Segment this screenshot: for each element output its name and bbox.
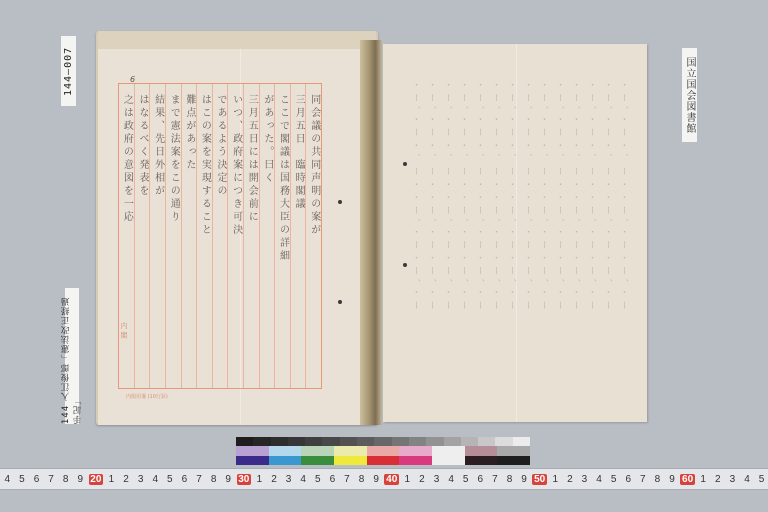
color-swatch (253, 437, 270, 446)
ruler-mark: 3 (725, 474, 740, 485)
ruler-mark: 4 (740, 474, 755, 485)
color-swatch (236, 446, 269, 455)
manuscript-column: いつ、政府案につき可決 (227, 84, 243, 388)
color-swatch (432, 456, 465, 465)
faint-column: ・ー、・ー・、ー・・ー、・ー・ー、・ー (554, 80, 566, 400)
ruler-mark: 1 (548, 474, 563, 485)
binding-hole (403, 263, 407, 267)
binding-hole (403, 162, 407, 166)
color-swatch (301, 446, 334, 455)
ruler-mark: 2 (267, 474, 282, 485)
ruler-mark: 4 (592, 474, 607, 485)
color-swatch (367, 456, 400, 465)
color-swatch (465, 456, 498, 465)
ruler-mark: 5 (15, 474, 30, 485)
faint-column: ・ー、・ー・、ー・・ー、・ー・ー、・ー (458, 80, 470, 400)
ruler-mark: 5 (606, 474, 621, 485)
handwritten-line: まで憲法案をこの通り (168, 94, 178, 224)
color-swatch (444, 437, 461, 446)
ruler-mark: 7 (340, 474, 355, 485)
tint-row (236, 446, 530, 455)
faint-column: ・ー、・ー・、ー・・ー、・ー・ー、・ー (506, 80, 518, 400)
solid-row (236, 456, 530, 465)
handwritten-line: 之は政府の意図を一応 (121, 94, 131, 224)
ruler-mark: 20 (89, 474, 104, 485)
color-swatch (399, 446, 432, 455)
ruler-mark: 40 (384, 474, 399, 485)
ruler-mark: 5 (310, 474, 325, 485)
faint-column: ・ー、・ー・、ー・・ー、・ー・ー、・ー (570, 80, 582, 400)
ruler-mark: 6 (621, 474, 636, 485)
color-swatch (236, 437, 253, 446)
manuscript-column: 三月五日 臨時閣議 (290, 84, 306, 388)
ruler-mark: 7 (488, 474, 503, 485)
color-swatch (301, 456, 334, 465)
color-swatch (334, 446, 367, 455)
color-swatch (305, 437, 322, 446)
color-swatch (374, 437, 391, 446)
ruler-mark: 8 (58, 474, 73, 485)
ruler-mark: 9 (369, 474, 384, 485)
color-swatch (288, 437, 305, 446)
color-calibration-chart (236, 437, 530, 465)
manuscript-column: はなるべく発表を (134, 84, 150, 388)
manuscript-column: 之は政府の意図を一応 (119, 84, 134, 388)
ruler-mark: 3 (429, 474, 444, 485)
grid-footer: 内閣用箋 (10行罫) (126, 393, 168, 400)
handwritten-line: 結果、先日外相が (153, 94, 163, 198)
ruler-mark: 5 (163, 474, 178, 485)
color-swatch (513, 437, 530, 446)
ruler-mark: 1 (400, 474, 415, 485)
manuscript-column: はこの案を実現すること (196, 84, 212, 388)
color-swatch (495, 437, 512, 446)
faint-column: ・ー、・ー・、ー・・ー、・ー・ー、・ー (602, 80, 614, 400)
faint-column: ・ー、・ー・、ー・・ー、・ー・ー、・ー (522, 80, 534, 400)
ruler-mark: 6 (473, 474, 488, 485)
faint-column: ・ー、・ー・、ー・・ー、・ー・ー、・ー (442, 80, 454, 400)
manuscript-column: であるよう決定の (212, 84, 228, 388)
color-swatch (478, 437, 495, 446)
measuring-ruler: 4567892012345678930123456789401234567895… (0, 468, 768, 490)
ruler-mark: 9 (221, 474, 236, 485)
ruler-mark: 2 (711, 474, 726, 485)
ruler-mark: 2 (119, 474, 134, 485)
binding-hole (338, 200, 342, 204)
ruler-mark: 2 (415, 474, 430, 485)
color-swatch (461, 437, 478, 446)
ruler-mark: 8 (502, 474, 517, 485)
ruler-mark: 4 (296, 474, 311, 485)
handwritten-line: はなるべく発表を (137, 94, 147, 198)
ruler-mark: 50 (532, 474, 547, 485)
manuscript-column: まで憲法案をこの通り (165, 84, 181, 388)
color-swatch (426, 437, 443, 446)
manuscript-column: 難点があった (181, 84, 197, 388)
color-swatch (432, 446, 465, 455)
handwritten-line: 三月五日には開会前に (246, 94, 256, 224)
binding-hole (338, 300, 342, 304)
grayscale-row (236, 437, 530, 446)
color-swatch (236, 456, 269, 465)
manuscript-column: 同会議の共同声明の案が (305, 84, 321, 388)
ruler-mark: 4 (148, 474, 163, 485)
color-swatch (269, 456, 302, 465)
ruler-mark: 8 (354, 474, 369, 485)
color-swatch (392, 437, 409, 446)
cover-top-flap (98, 31, 376, 49)
color-swatch (497, 456, 530, 465)
document-spine (360, 40, 382, 425)
faint-column: ・ー、・ー・、ー・・ー、・ー・ー、・ー (538, 80, 550, 400)
faint-column: ・ー、・ー・、ー・・ー、・ー・ー、・ー (474, 80, 486, 400)
manuscript-column: 結果、先日外相が (149, 84, 165, 388)
ruler-mark: 6 (29, 474, 44, 485)
handwritten-line: 三月五日 臨時閣議 (293, 94, 303, 211)
ruler-mark: 4 (444, 474, 459, 485)
color-swatch (334, 456, 367, 465)
ruler-mark: 5 (754, 474, 768, 485)
ruler-mark: 7 (636, 474, 651, 485)
ruler-mark: 9 (73, 474, 88, 485)
ruler-mark: 8 (206, 474, 221, 485)
color-swatch (271, 437, 288, 446)
ruler-mark: 8 (650, 474, 665, 485)
library-label: 国立国会図書館 (682, 48, 697, 142)
color-swatch (322, 437, 339, 446)
ruler-mark: 1 (696, 474, 711, 485)
ruler-mark: 3 (133, 474, 148, 485)
ruler-mark: 7 (44, 474, 59, 485)
color-swatch (269, 446, 302, 455)
ruler-mark: 2 (563, 474, 578, 485)
ruler-mark: 5 (458, 474, 473, 485)
manuscript-column: 三月五日には開会前に (243, 84, 259, 388)
faint-column: ・ー、・ー・、ー・・ー、・ー・ー、・ー (490, 80, 502, 400)
manuscript-column: ここで閣議は国務大臣の詳細 (274, 84, 290, 388)
ruler-mark: 9 (665, 474, 680, 485)
ruler-mark: 1 (104, 474, 119, 485)
ruler-mark: 6 (325, 474, 340, 485)
ruler-mark: 9 (517, 474, 532, 485)
ruler-mark: 30 (237, 474, 252, 485)
ruler-mark: 1 (252, 474, 267, 485)
color-swatch (409, 437, 426, 446)
handwritten-line: があった。曰く (262, 94, 272, 185)
handwritten-line: ここで閣議は国務大臣の詳細 (277, 94, 287, 263)
color-swatch (340, 437, 357, 446)
faint-column: ・ー、・ー・、ー・・ー、・ー・ー、・ー (410, 80, 422, 400)
manuscript-grid: 同会議の共同声明の案が三月五日 臨時閣議ここで閣議は国務大臣の詳細があった。曰く… (118, 83, 322, 389)
handwritten-line: はこの案を実現すること (199, 94, 209, 237)
color-swatch (497, 446, 530, 455)
ruler-mark: 3 (577, 474, 592, 485)
handwritten-line: であるよう決定の (215, 94, 225, 198)
ruler-mark: 6 (177, 474, 192, 485)
call-number-label: 144—007 (61, 36, 76, 106)
document-title-label: 144 入江俊郎「憲法改正経過手記」 (65, 288, 79, 424)
color-swatch (357, 437, 374, 446)
ruler-mark: 3 (281, 474, 296, 485)
handwritten-line: 難点があった (184, 94, 194, 172)
ruler-mark: 7 (192, 474, 207, 485)
faint-column: ・ー、・ー・、ー・・ー、・ー・ー、・ー (618, 80, 630, 400)
manuscript-column: があった。曰く (259, 84, 275, 388)
bleed-through-text: ・ー、・ー・、ー・・ー、・ー・ー、・ー・ー、・ー・、ー・・ー、・ー・ー、・ー・ー… (410, 80, 630, 400)
handwritten-line: 同会議の共同声明の案が (309, 94, 319, 237)
color-swatch (465, 446, 498, 455)
faint-column: ・ー、・ー・、ー・・ー、・ー・ー、・ー (426, 80, 438, 400)
ruler-mark: 60 (680, 474, 695, 485)
color-swatch (399, 456, 432, 465)
handwritten-line: いつ、政府案につき可決 (231, 94, 241, 237)
faint-column: ・ー、・ー・、ー・・ー、・ー・ー、・ー (586, 80, 598, 400)
margin-mark: 内 閣 (119, 322, 129, 338)
color-swatch (367, 446, 400, 455)
ruler-mark: 4 (0, 474, 15, 485)
